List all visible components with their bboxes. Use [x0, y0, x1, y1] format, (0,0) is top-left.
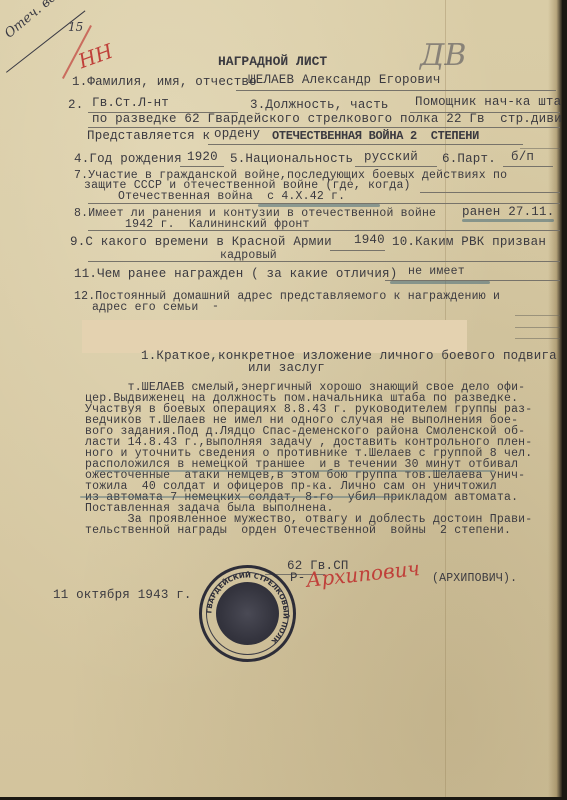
field-7-line1 [420, 192, 560, 193]
blue-pencil-underline-4 [95, 470, 495, 472]
field-2-value: Гв.Ст.Л-нт [92, 97, 169, 110]
nominated-award: ОТЕЧЕСТВЕННАЯ ВОЙНА 2 СТЕПЕНИ [272, 130, 479, 143]
field-10-line [88, 261, 560, 262]
field-6-value: б/п [511, 151, 534, 164]
nominated-line [208, 144, 523, 145]
field-4-label: 4.Год рождения [74, 153, 182, 166]
field-12-value: - [212, 301, 219, 312]
field-9-line [330, 250, 385, 251]
field-2-prefix: 2. [68, 99, 83, 112]
field-8-value-line2: 1942 г. Калининский фронт [125, 219, 310, 230]
rule-1 [520, 148, 560, 149]
field-3-value-line2: по разведке 62 Гвардейского стрелкового … [92, 113, 562, 126]
field-1-line [236, 90, 556, 91]
margin-note-handwritten: Отеч. войны 2ст. [2, 0, 108, 41]
blue-pencil-underline-3 [390, 281, 490, 284]
field-11-value: не имеет [408, 266, 465, 277]
field-5-line [355, 166, 437, 167]
document-date: 11 октября 1943 г. [53, 589, 192, 602]
section-heading-line1: 1.Краткое,конкретное изложение личного б… [141, 350, 557, 363]
rule-4 [515, 338, 560, 339]
field-6-label: 6.Парт. [442, 153, 496, 166]
rule-2 [515, 315, 560, 316]
field-3-line2 [88, 127, 560, 128]
field-5-label: 5.Национальность [230, 153, 353, 166]
top-right-scribble: ДВ [420, 38, 466, 73]
blue-pencil-underline-5 [80, 496, 400, 498]
blue-pencil-underline-2 [462, 219, 554, 222]
document-title: НАГРАДНОЙ ЛИСТ [218, 55, 327, 68]
margin-note-number: 15 [68, 20, 83, 34]
section-heading-line2: или заслуг [248, 362, 325, 375]
field-5-value: русский [364, 151, 418, 164]
stamp-text: ГВАРДЕЙСКИЙ СТРЕЛКОВЫЙ ПОЛК [205, 570, 290, 645]
svg-text:ГВАРДЕЙСКИЙ СТРЕЛКОВЫЙ ПОЛК: ГВАРДЕЙСКИЙ СТРЕЛКОВЫЙ ПОЛК [205, 570, 290, 645]
field-1-label: 1.Фамилия, имя, отчество [72, 76, 257, 89]
field-10-value: кадровый [220, 250, 277, 261]
field-6-line [503, 166, 553, 167]
field-7-value: Отечественная война с 4.Х.42 г. [118, 191, 345, 202]
official-stamp: ГВАРДЕЙСКИЙ СТРЕЛКОВЫЙ ПОЛК [199, 565, 296, 662]
rule-3 [515, 327, 560, 328]
nominated-label: Представляется к [87, 130, 210, 143]
field-9-label: 9.С какого времени в Красной Армии [70, 236, 332, 249]
nominated-prefix: ордену [214, 128, 260, 141]
field-3-label: 3.Должность, часть [250, 99, 389, 112]
field-10-label: 10.Каким РВК призван [392, 236, 546, 249]
field-3-value-line1: Помощник нач-ка штаба [415, 96, 562, 109]
conclusion-line-2: тельственной награды орден Отечественной… [85, 525, 511, 536]
field-9-value: 1940 [354, 234, 385, 247]
field-11-label: 11.Чем ранее награжден ( за какие отличи… [74, 268, 397, 281]
signature-name: (АРХИПОВИЧ). [432, 573, 517, 584]
field-12-label-line2: адрес его семьи [92, 302, 199, 313]
stamp-text-ring: ГВАРДЕЙСКИЙ СТРЕЛКОВЫЙ ПОЛК [202, 568, 293, 659]
award-sheet-page: Отеч. войны 2ст. 15 НН ДВ НАГРАДНОЙ ЛИСТ… [0, 0, 562, 797]
field-8-value-line1: ранен 27.11. [462, 207, 554, 218]
field-4-value: 1920 [187, 151, 218, 164]
field-1-value: ШЕЛАЕВ Александр Егорович [248, 74, 441, 87]
field-8-line [88, 230, 560, 231]
field-4-line [180, 166, 224, 167]
